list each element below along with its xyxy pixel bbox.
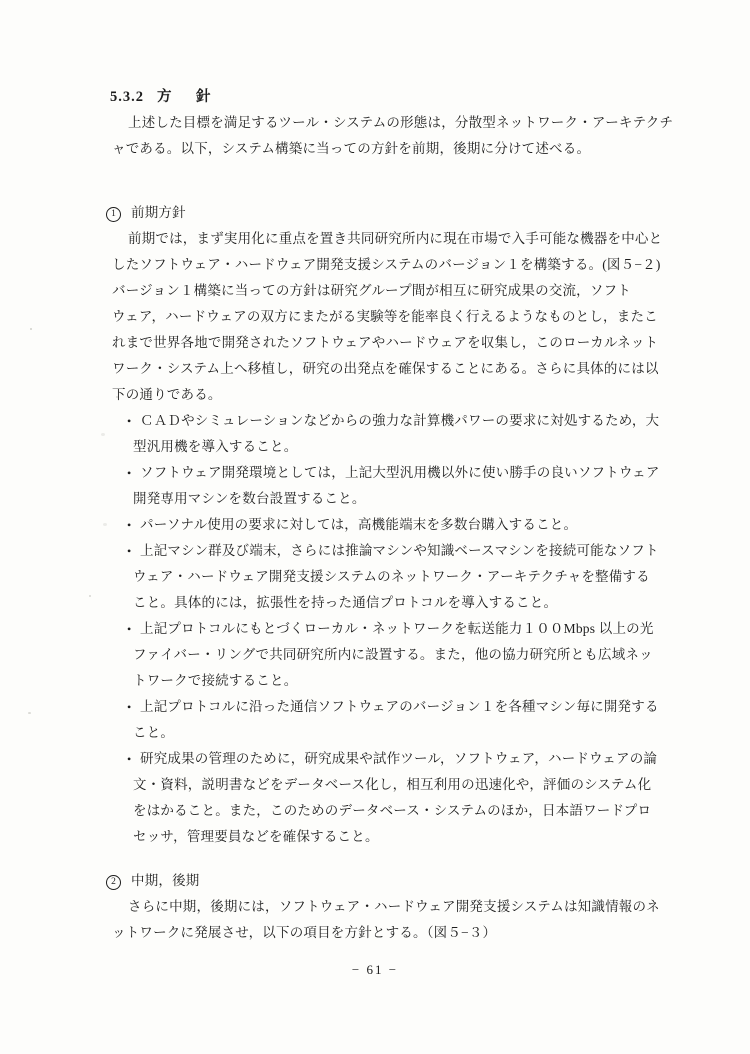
bullet-line: トワークで接続すること。: [112, 668, 694, 694]
paragraph-line: 前期では，まず実用化に重点を置き共同研究所内に現在市場で入手可能な機器を中心と: [112, 226, 694, 252]
scan-speck: [28, 712, 31, 714]
circled-number-icon: 2: [106, 875, 121, 890]
bullet-icon: •: [127, 694, 140, 720]
section-title: 方 針: [157, 89, 216, 105]
bullet-line: •上記マシン群及び端末，さらには推論マシンや知識ベースマシンを接続可能なソフト: [112, 538, 694, 564]
bullet-line: •ソフトウェア開発環境としては，上記大型汎用機以外に使い勝手の良いソフトウェア: [112, 460, 694, 486]
section-number: 5.3.2: [110, 89, 144, 105]
paragraph-line: 下の通りである。: [112, 382, 694, 408]
item-header: 1前期方針: [106, 200, 694, 226]
bullet-line: ウェア・ハードウェア開発支援システムのネットワーク・アーキテクチャを整備する: [112, 564, 694, 590]
bullet-line: •上記プロトコルにもとづくローカル・ネットワークを転送能力１００Mbps 以上の…: [112, 616, 694, 642]
item-title: 中期，後期: [131, 873, 200, 888]
item-header: 2中期，後期: [106, 868, 694, 894]
bullet-line: 文・資料，説明書などをデータベース化し，相互利用の迅速化や，評価のシステム化: [112, 772, 694, 798]
bullet-icon: •: [127, 616, 140, 642]
bullet-line: •上記プロトコルに沿った通信ソフトウェアのバージョン１を各種マシン毎に開発する: [112, 694, 694, 720]
circled-number-icon: 1: [106, 207, 121, 222]
bullet-line: ファイバー・リングで共同研究所内に設置する。また，他の協力研究所とも広域ネッ: [112, 642, 694, 668]
page-number: − 61 −: [0, 957, 750, 983]
bullet-line: 開発専用マシンを数台設置すること。: [112, 486, 694, 512]
scan-speck: [116, 396, 118, 398]
bullet-line: セッサ，管理要員などを確保すること。: [112, 824, 694, 850]
scan-speck: [103, 523, 107, 526]
bullet-icon: •: [127, 746, 140, 772]
bullet-line: こと。: [112, 720, 694, 746]
scan-speck: [30, 328, 32, 330]
paragraph-line: さらに中期，後期には，ソフトウェア・ハードウェア開発支援システムは知識情報のネ: [112, 894, 694, 920]
item-title: 前期方針: [131, 205, 186, 220]
paragraph-line: したソフトウェア・ハードウェア開発支援システムのバージョン１を構築する。(図５−…: [112, 252, 694, 278]
bullet-icon: •: [127, 512, 140, 538]
paragraph-line: ワーク・システム上へ移植し，研究の出発点を確保することにある。さらに具体的には以: [112, 356, 694, 382]
scan-speck: [101, 433, 105, 436]
bullet-icon: •: [127, 408, 140, 434]
bullet-icon: •: [127, 538, 140, 564]
document-content: 5.3.2方 針 上述した目標を満足するツール・システムの形態は，分散型ネットワ…: [0, 0, 750, 946]
section-heading: 5.3.2方 針: [110, 84, 694, 110]
bullet-line: こと。具体的には，拡張性を持った通信プロトコルを導入すること。: [112, 590, 694, 616]
paragraph-line: ウェア，ハードウェアの双方にまたがる実験等を能率良く行えるようなものとし，またこ: [112, 304, 694, 330]
scan-speck: [89, 595, 91, 597]
bullet-line: 型汎用機を導入すること。: [112, 434, 694, 460]
bullet-line: •研究成果の管理のために，研究成果や試作ツール，ソフトウェア，ハードウェアの論: [112, 746, 694, 772]
bullet-line: をはかること。また，このためのデータベース・システムのほか，日本語ワードプロ: [112, 798, 694, 824]
bullet-line: •ＣＡＤやシミュレーションなどからの強力な計算機パワーの要求に対処するため，大: [112, 408, 694, 434]
paragraph-line: ットワークに発展させ，以下の項目を方針とする。（図５−３）: [112, 920, 694, 946]
body-text-lines: 上述した目標を満足するツール・システムの形態は，分散型ネットワーク・アーキテクチ…: [112, 110, 694, 946]
bullet-line: •パーソナル使用の要求に対しては，高機能端末を多数台購入すること。: [112, 512, 694, 538]
bullet-icon: •: [127, 460, 140, 486]
intro-line: 上述した目標を満足するツール・システムの形態は，分散型ネットワーク・アーキテクチ: [112, 110, 694, 136]
scanned-document-page: 5.3.2方 針 上述した目標を満足するツール・システムの形態は，分散型ネットワ…: [0, 0, 750, 1054]
paragraph-line: れまで世界各地で開発されたソフトウェアやハードウェアを収集し，このローカルネット: [112, 330, 694, 356]
paragraph-line: バージョン１構築に当っての方針は研究グループ間が相互に研究成果の交流，ソフト: [112, 278, 694, 304]
intro-line: ャである。以下，システム構築に当っての方針を前期，後期に分けて述べる。: [112, 136, 694, 162]
